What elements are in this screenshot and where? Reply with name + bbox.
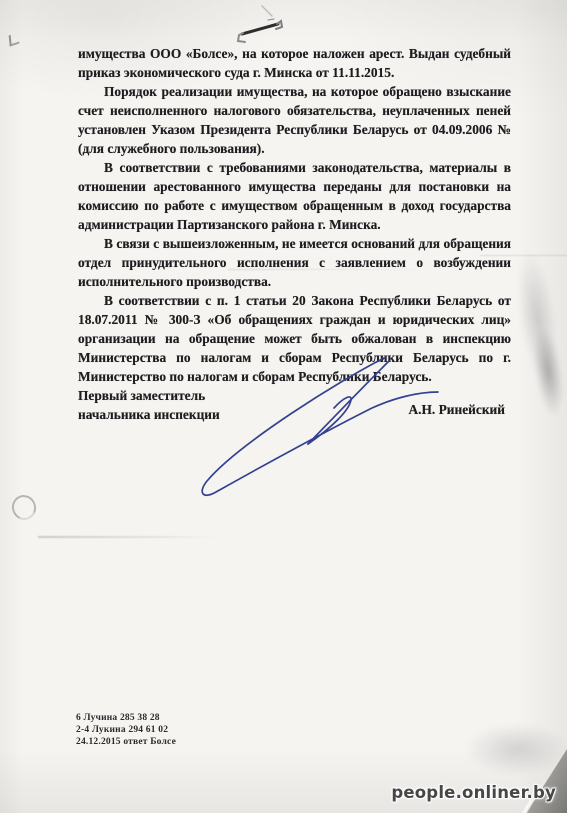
pen-speck-mark [9,32,20,46]
text-line: В соответствии с требованиями законодате… [78,158,511,177]
crease-line [38,536,218,538]
paragraph: В связи с вышеизложенным, не имеется осн… [78,234,511,291]
text-line: Порядок реализации имущества, на которое… [78,82,511,101]
text-line: 18.07.2011 № 300-З «Об обращениях гражда… [78,310,511,329]
text-line: исполнительного производства. [78,272,511,291]
text-line: установлен Указом Президента Республики … [78,120,511,139]
text-line: (для служебного пользования). [78,139,511,158]
hole-punch-mark [8,492,39,524]
text-line: В соответствии с п. 1 статьи 20 Закона Р… [78,291,511,310]
scan-smudge [420,700,567,790]
text-line: имущества ООО «Болсе», на которое наложе… [78,44,511,63]
footer-notes: 6 Лучина 285 38 282-4 Лукина 294 61 0224… [76,712,176,748]
text-line: комиссию по работе с имуществом обращенн… [78,196,511,215]
document-body: имущества ООО «Болсе», на которое наложе… [78,44,511,386]
scanned-document-page: имущества ООО «Болсе», на которое наложе… [0,0,567,813]
text-line: счет неисполненного налогового обязатель… [78,101,511,120]
text-line: отношении арестованного имущества переда… [78,177,511,196]
paragraph: Порядок реализации имущества, на которое… [78,82,511,158]
text-line: В связи с вышеизложенным, не имеется осн… [78,234,511,253]
text-line: администрации Партизанского района г. Ми… [78,215,511,234]
text-line: приказ экономического суда г. Минска от … [78,63,511,82]
footer-note-line: 6 Лучина 285 38 28 [76,712,176,724]
text-line: отдел принудительного исполнения с заявл… [78,253,511,272]
footer-note-line: 2-4 Лукина 294 61 02 [76,724,176,736]
paragraph: имущества ООО «Болсе», на которое наложе… [78,44,511,82]
footer-note-line: 24.12.2015 ответ Болсе [76,736,176,748]
watermark-label: people.onliner.by [391,783,556,802]
signature-block: Первый заместитель начальника инспекции … [78,386,511,516]
handwritten-signature [190,344,452,512]
paragraph: В соответствии с требованиями законодате… [78,158,511,234]
